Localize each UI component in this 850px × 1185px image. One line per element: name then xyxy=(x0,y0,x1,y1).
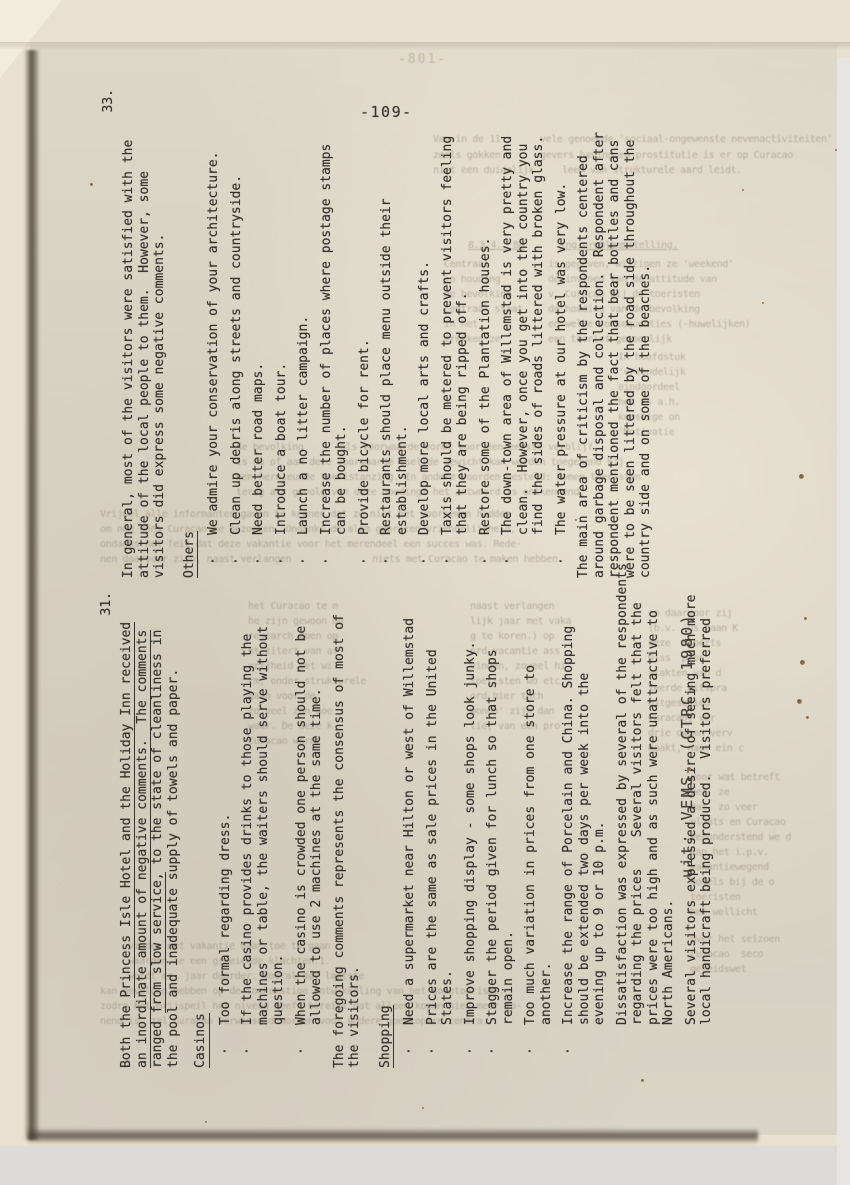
bullet-dot: · xyxy=(229,535,245,578)
casinos-heading: Casinos xyxy=(193,1013,210,1068)
bullet-item: ·Restore some of the Plantation houses. xyxy=(478,85,494,578)
text-line: were to be seen littered by the road sid… xyxy=(623,85,639,578)
text-line: The water pressure at our hotel was very… xyxy=(554,85,570,535)
text-line: prices were too high and as such were un… xyxy=(646,563,662,1025)
page-top-shade xyxy=(0,42,850,50)
others-bullet-list: ·We admire your conservation of your arc… xyxy=(206,85,569,578)
paper-speck xyxy=(797,699,802,704)
bullet-dot: · xyxy=(319,535,350,578)
text-line: Need a supermarket near Hilton or west o… xyxy=(402,590,418,1025)
text-line: country side and on some of the beaches. xyxy=(638,85,654,578)
paper-speck xyxy=(641,1079,644,1082)
bullet-item: ·Increase the range of Porcelain and Chi… xyxy=(561,590,608,1068)
bullet-item: ·The down-town area of Willemstad is ver… xyxy=(500,85,547,578)
bullet-dot: · xyxy=(425,1025,456,1068)
bullet-item-lines: The water pressure at our hotel was very… xyxy=(554,85,570,535)
text-line: evening up to 9 or 10 p.m. xyxy=(592,590,608,1025)
bullet-item-lines: Restaurants should place menu outside th… xyxy=(379,85,410,535)
text-line: establishment. xyxy=(395,85,411,535)
text-line: should be extended two days per week int… xyxy=(577,590,593,1025)
scanner-bed-right xyxy=(837,58,850,1185)
citation-line: uit: VEMS, (CTRC, 1980) xyxy=(678,598,704,878)
text-line: machines or table, the waiters should se… xyxy=(256,590,272,1025)
bullet-dot: · xyxy=(274,535,290,578)
page-33-block: 33. In general, most of the visitors wer… xyxy=(95,85,670,590)
bullet-item: ·Need a supermarket near Hilton or west … xyxy=(402,590,418,1068)
bullet-dot: · xyxy=(417,535,433,578)
text-line: around garbage disposal and collection. … xyxy=(592,85,608,578)
text-line: allowed to use 2 machines at the same ti… xyxy=(309,590,325,1025)
text-line: The foregoing comments represents the co… xyxy=(332,590,348,1068)
text-line: Clean up debris along streets and countr… xyxy=(229,85,245,535)
bullet-item-lines: Need a supermarket near Hilton or west o… xyxy=(402,590,418,1025)
text-line: respondent mentioned the fact that bear … xyxy=(607,85,623,578)
text-line: If the casino provides drinks to those p… xyxy=(240,590,256,1025)
paper-speck xyxy=(422,1107,424,1109)
page-31-intro: Both the Princess Isle Hotel and the Hol… xyxy=(119,590,181,1068)
text-line: regarding the prices Several visitors fe… xyxy=(630,563,646,1025)
bullet-item: ·Clean up debris along streets and count… xyxy=(229,85,245,578)
bullet-item-lines: Need better road maps. xyxy=(251,85,267,535)
bullet-dot: · xyxy=(561,1025,608,1068)
bullet-item-lines: Stagger the period given for lunch so th… xyxy=(485,590,516,1025)
bullet-item-lines: Introduce a boat tour. xyxy=(274,85,290,535)
text-line: Increase the number of places where post… xyxy=(319,85,335,535)
text-line: ranged from slow service, to the state o… xyxy=(150,590,166,1068)
text-line: Prices are the same as sale prices in th… xyxy=(425,590,441,1025)
text-line: Restaurants should place menu outside th… xyxy=(379,85,395,535)
paper-speck xyxy=(800,660,805,665)
document-scan: Van in de 11vele genoemde 'sociaal-ongew… xyxy=(0,0,850,1185)
bullet-item-lines: Increase the number of places where post… xyxy=(319,85,350,535)
bullet-dot: · xyxy=(523,1025,554,1068)
bullet-item-lines: Taxis should be metered to prevent visit… xyxy=(440,85,471,535)
bullet-item: ·The water pressure at our hotel was ver… xyxy=(554,85,570,578)
bullet-item: ·Need better road maps. xyxy=(251,85,267,578)
shopping-bullet-list: ·Need a supermarket near Hilton or west … xyxy=(402,590,608,1068)
text-line: the visitors. xyxy=(347,590,363,1068)
bullet-item-lines: Dissatisfaction was expressed by several… xyxy=(615,563,677,1025)
bullet-item-lines: Restore some of the Plantation houses. xyxy=(478,85,494,535)
text-line: another. xyxy=(539,590,555,1025)
text-line: Provide bicycle for rent. xyxy=(357,85,373,535)
text-line: attitude of the local people to them. Ho… xyxy=(137,85,153,578)
bullet-item-lines: Too much variation in prices from one st… xyxy=(523,590,554,1025)
bullet-item-lines: Prices are the same as sale prices in th… xyxy=(425,590,456,1025)
page-33-intro: In general, most of the visitors were sa… xyxy=(121,85,168,578)
text-line: Introduce a boat tour. xyxy=(274,85,290,535)
bullet-dot: · xyxy=(402,1025,418,1068)
text-line: visitors did express some negative comme… xyxy=(152,85,168,578)
text-line: Dissatisfaction was expressed by several… xyxy=(615,563,631,1025)
paper-speck xyxy=(799,474,804,479)
bullet-dot: · xyxy=(485,1025,516,1068)
bullet-item: ·Improve shopping display - some shops l… xyxy=(463,590,479,1068)
bullet-dot: · xyxy=(379,535,410,578)
paper-speck xyxy=(806,716,809,719)
bullet-item: ·When the casino is crowded one person s… xyxy=(294,590,325,1068)
page-edge-shadow-bottom xyxy=(28,1128,758,1144)
page-edge-shadow-left xyxy=(24,50,40,1140)
bullet-item-lines: When the casino is crowded one person sh… xyxy=(294,590,325,1025)
bullet-item-lines: Provide bicycle for rent. xyxy=(357,85,373,535)
bullet-dot: · xyxy=(206,535,222,578)
bullet-dot: · xyxy=(296,535,312,578)
text-line: Improve shopping display - some shops lo… xyxy=(463,590,479,1025)
bullet-item: ·Restaurants should place menu outside t… xyxy=(379,85,410,578)
others-closing-paragraph: The main area of criticism by the respon… xyxy=(576,85,654,578)
text-line: clean. However, once you get into the co… xyxy=(516,85,532,535)
text-line: can be bought. xyxy=(334,85,350,535)
others-heading: Others xyxy=(182,531,199,578)
bullet-dot: · xyxy=(478,535,494,578)
bullet-dot: · xyxy=(251,535,267,578)
text-line: Both the Princess Isle Hotel and the Hol… xyxy=(119,590,135,1068)
text-line: Taxis should be metered to prevent visit… xyxy=(440,85,456,535)
bullet-dot xyxy=(615,1025,677,1068)
text-line: The down-town area of Willemstad is very… xyxy=(500,85,516,535)
bullet-dot: · xyxy=(240,1025,287,1068)
bullet-item-lines: Increase the range of Porcelain and Chin… xyxy=(561,590,608,1025)
ghost-page-number: -801- xyxy=(398,52,447,67)
bullet-item-lines: Improve shopping display - some shops lo… xyxy=(463,590,479,1025)
bullet-item: ·Too formal regarding dress. xyxy=(218,590,234,1068)
text-line: Too formal regarding dress. xyxy=(218,590,234,1025)
text-line: remain open. xyxy=(501,590,517,1025)
text-line: Need better road maps. xyxy=(251,85,267,535)
text-line: an inordinate amount of negative comment… xyxy=(135,590,151,1068)
text-line: Launch a no litter campaign. xyxy=(296,85,312,535)
bullet-item-lines: Too formal regarding dress. xyxy=(218,590,234,1025)
casinos-bullet-list: ·Too formal regarding dress.·If the casi… xyxy=(218,590,325,1068)
bullet-item: ·Introduce a boat tour. xyxy=(274,85,290,578)
bullet-dot: · xyxy=(554,535,570,578)
paper-speck xyxy=(205,1121,207,1123)
paper-speck xyxy=(90,183,93,186)
text-line: Develop more local arts and crafts. xyxy=(417,85,433,535)
text-line: States. xyxy=(440,590,456,1025)
text-line: In general, most of the visitors were sa… xyxy=(121,85,137,578)
bullet-dot: · xyxy=(218,1025,234,1068)
bullet-item: ·Stagger the period given for lunch so t… xyxy=(485,590,516,1068)
bullet-dot: · xyxy=(463,1025,479,1068)
bullet-dot: · xyxy=(294,1025,325,1068)
bullet-item-lines: Develop more local arts and crafts. xyxy=(417,85,433,535)
bullet-item: ·Taxis should be metered to prevent visi… xyxy=(440,85,471,578)
text-line: Too much variation in prices from one st… xyxy=(523,590,539,1025)
text-line: Restore some of the Plantation houses. xyxy=(478,85,494,535)
bullet-item: ·We admire your conservation of your arc… xyxy=(206,85,222,578)
paper-speck xyxy=(804,617,807,620)
scanner-bed-bottom xyxy=(0,1146,850,1185)
text-line: We admire your conservation of your arch… xyxy=(206,85,222,535)
bullet-dot xyxy=(684,1025,715,1068)
bullet-item: ·Prices are the same as sale prices in t… xyxy=(425,590,456,1068)
text-line: find the sides of roads littered with br… xyxy=(531,85,547,535)
bullet-item: ·Increase the number of places where pos… xyxy=(319,85,350,578)
text-line: that they are being ripped off. xyxy=(455,85,471,535)
text-line: North Americans. xyxy=(661,563,677,1025)
bullet-item: ·Launch a no litter campaign. xyxy=(296,85,312,578)
paper-speck xyxy=(835,149,837,151)
bullet-dot: · xyxy=(440,535,471,578)
paper-speck xyxy=(575,519,577,521)
paper-speck xyxy=(687,767,691,771)
paper-speck xyxy=(762,302,764,304)
paper-speck xyxy=(742,189,744,191)
note-paragraph: Dissatisfaction was expressed by several… xyxy=(615,590,677,1068)
bullet-item-lines: Clean up debris along streets and countr… xyxy=(229,85,245,535)
bullet-dot: · xyxy=(500,535,547,578)
bullet-dot: · xyxy=(357,535,373,578)
bullet-item: ·Develop more local arts and crafts. xyxy=(417,85,433,578)
text-line: When the casino is crowded one person sh… xyxy=(294,590,310,1025)
bullet-item-lines: We admire your conservation of your arch… xyxy=(206,85,222,535)
shopping-heading: Shopping xyxy=(378,1005,395,1068)
text-line: Stagger the period given for lunch so th… xyxy=(485,590,501,1025)
bullet-item-lines: If the casino provides drinks to those p… xyxy=(240,590,287,1025)
page-31-block: 31. Both the Princess Isle Hotel and the… xyxy=(95,590,680,1080)
text-line: the pool and inadequate supply of towels… xyxy=(166,590,182,1068)
bullet-item: ·Too much variation in prices from one s… xyxy=(523,590,554,1068)
casinos-note-paragraph: The foregoing comments represents the co… xyxy=(332,590,363,1068)
bullet-item: ·If the casino provides drinks to those … xyxy=(240,590,287,1068)
text-line: question. xyxy=(271,590,287,1025)
bullet-item-lines: The down-town area of Willemstad is very… xyxy=(500,85,547,535)
text-line: Increase the range of Porcelain and Chin… xyxy=(561,590,577,1025)
text-line: The main area of criticism by the respon… xyxy=(576,85,592,578)
bullet-item: ·Provide bicycle for rent. xyxy=(357,85,373,578)
bullet-item-lines: Launch a no litter campaign. xyxy=(296,85,312,535)
